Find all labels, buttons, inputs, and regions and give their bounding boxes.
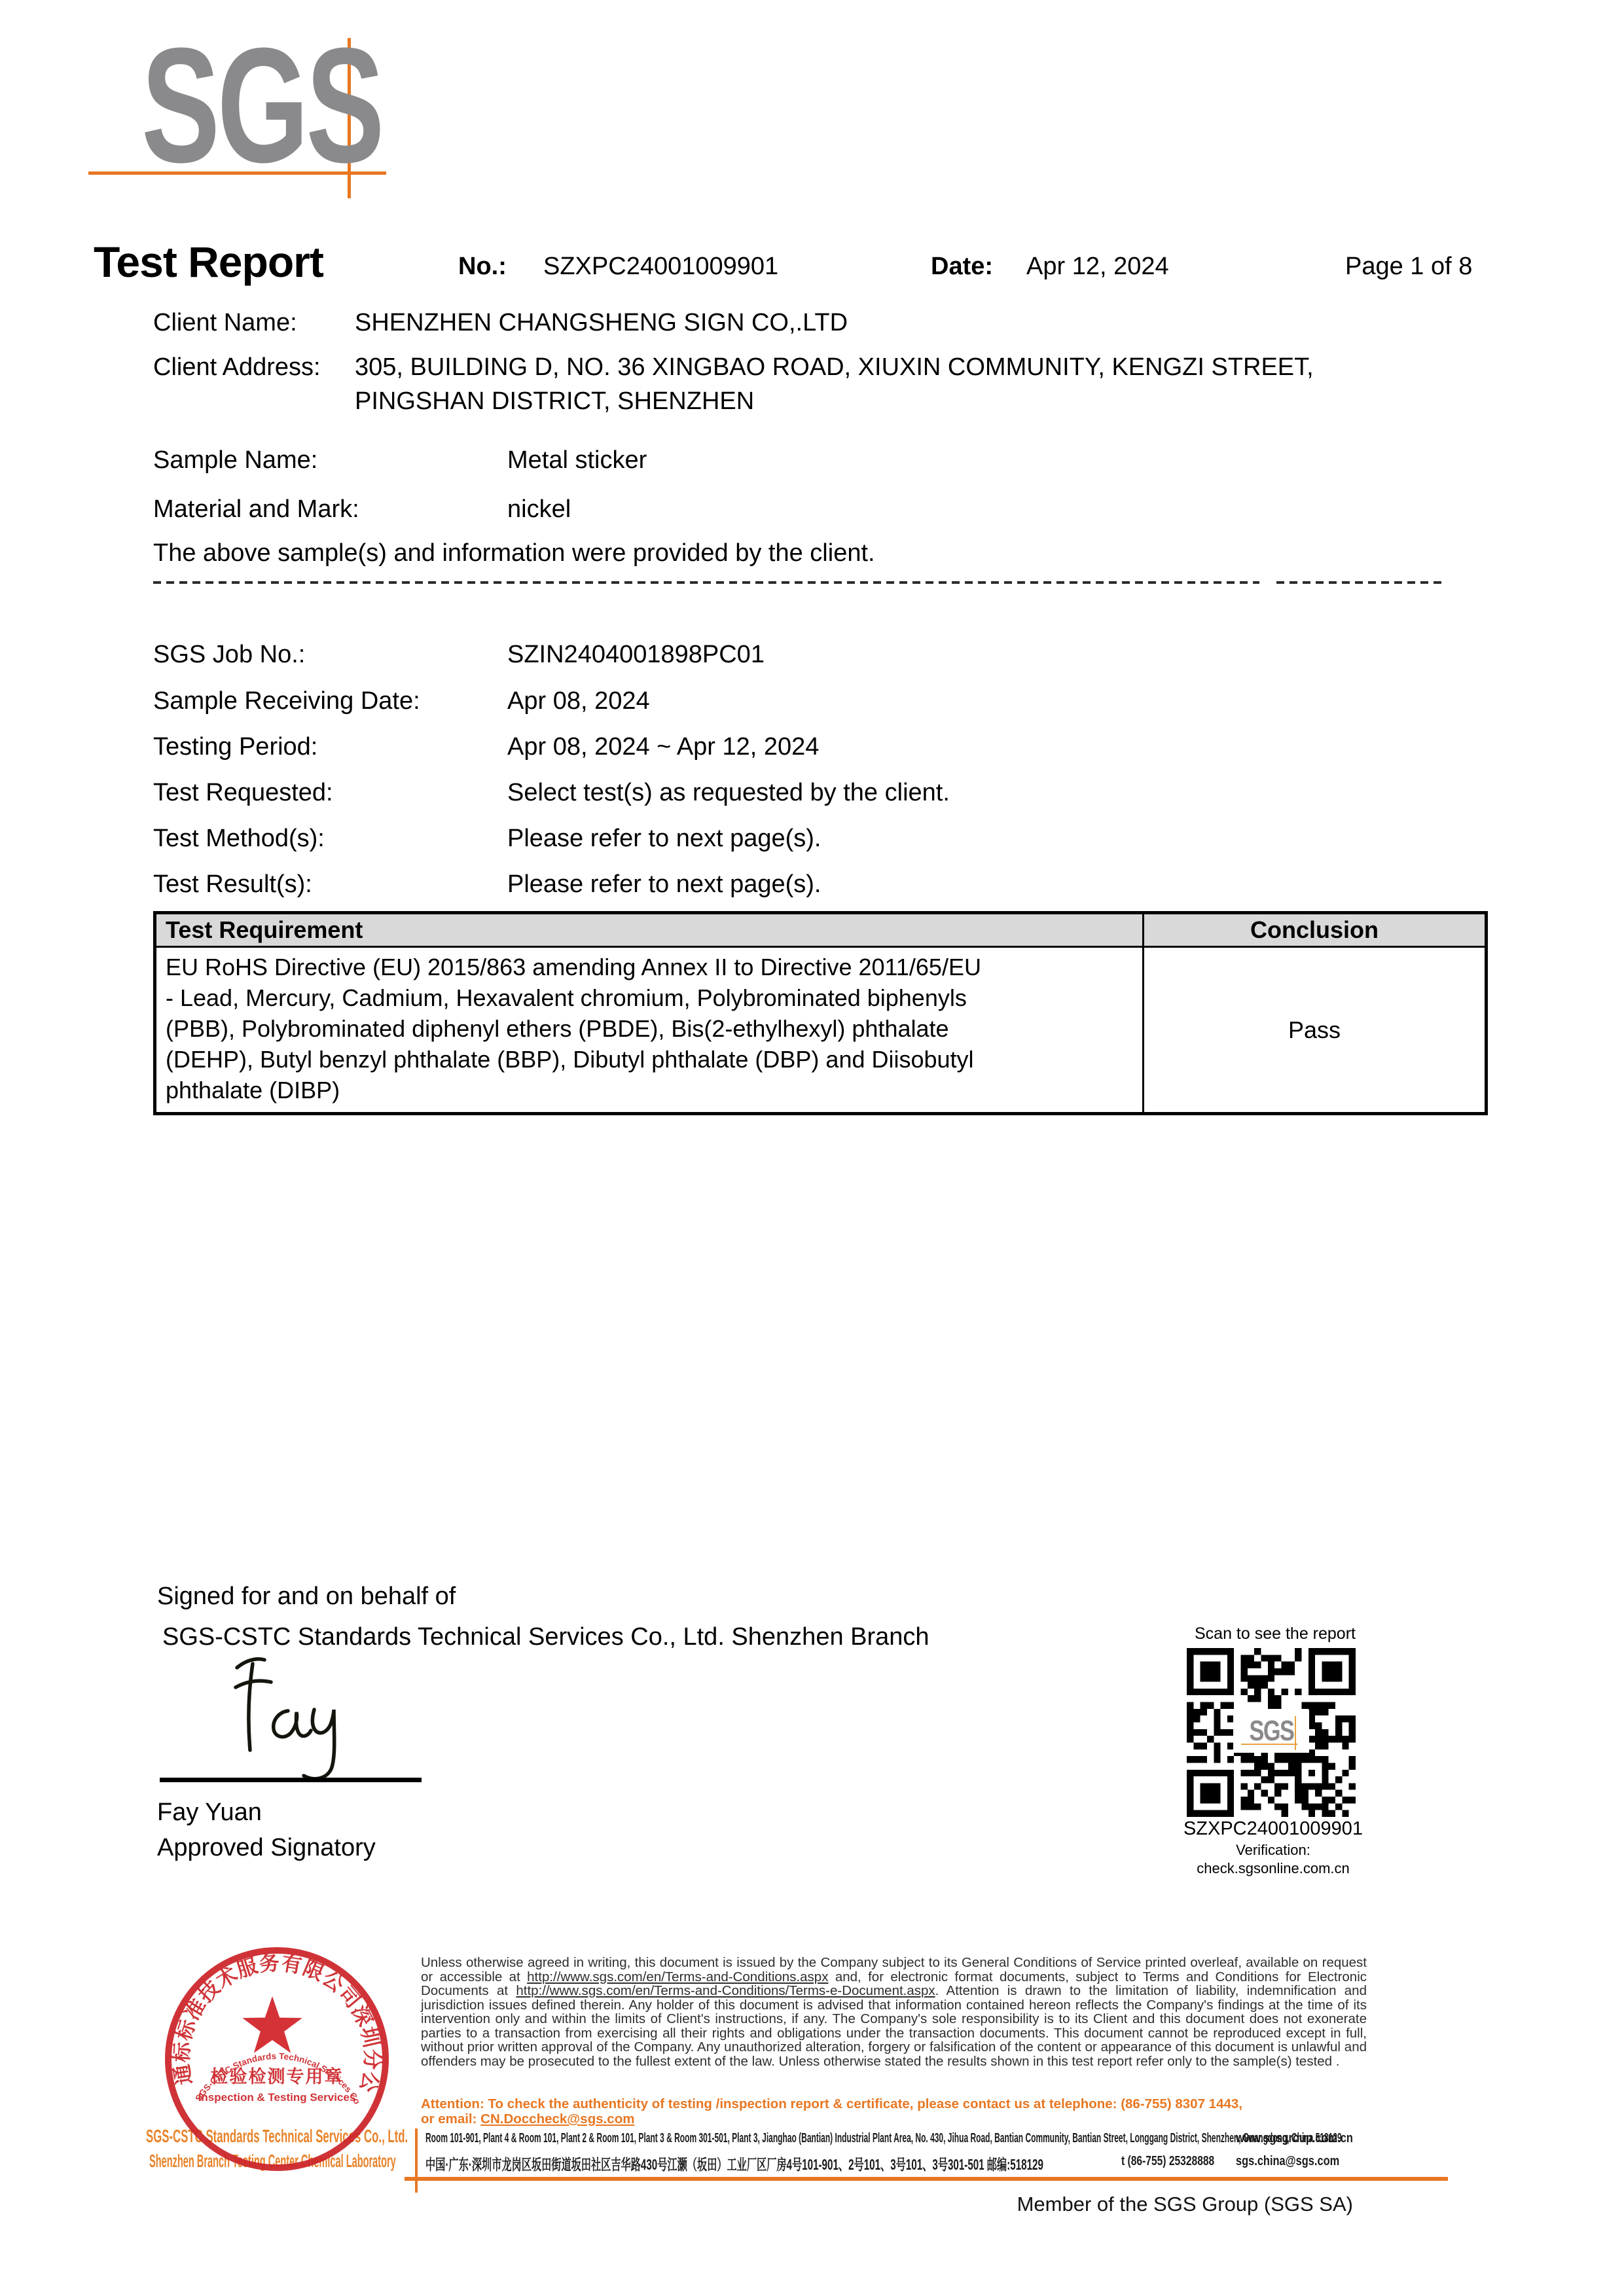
qr-center-badge: SGS [1233, 1710, 1309, 1753]
date-value: Apr 12, 2024 [1026, 253, 1169, 281]
footer-orange-rule [405, 2177, 1448, 2181]
page-number: Page 1 of 8 [1345, 253, 1472, 281]
qr-logo-orange-hline [1241, 1744, 1297, 1745]
address-english: Room 101-901, Plant 4 & Room 101, Plant … [425, 2131, 1342, 2146]
result-table: Test Requirement Conclusion EU RoHS Dire… [153, 911, 1488, 1115]
qr-report-number: SZXPC24001009901 [1162, 1818, 1384, 1840]
signature-company: SGS-CSTC Standards Technical Services Co… [162, 1623, 929, 1651]
signatory-role: Approved Signatory [157, 1834, 376, 1862]
testing-period-value: Apr 08, 2024 ~ Apr 12, 2024 [507, 733, 819, 761]
report-no-label: No.: [458, 253, 507, 281]
stamp-cn-line: 检验检测专用章 [211, 2066, 344, 2087]
dashed-separator-end [1276, 581, 1447, 584]
website-url[interactable]: www.sgsgroup.com.cn [1236, 2131, 1353, 2146]
col-conclusion: Conclusion [1144, 913, 1487, 947]
requirement-cell: EU RoHS Directive (EU) 2015/863 amending… [155, 947, 1144, 1114]
receiving-date-value: Apr 08, 2024 [507, 687, 650, 715]
date-label: Date: [931, 253, 993, 281]
dashed-separator [153, 581, 1259, 584]
test-report-page: SGS Test Report No.: SZXPC24001009901 Da… [0, 0, 1624, 2296]
job-no-value: SZIN2404001898PC01 [507, 641, 765, 669]
verification-url[interactable]: check.sgsonline.com.cn [1162, 1860, 1384, 1877]
client-name-label: Client Name: [153, 309, 297, 337]
sample-name-label: Sample Name: [153, 446, 317, 475]
test-result-value: Please refer to next page(s). [507, 870, 821, 899]
report-no-value: SZXPC24001009901 [543, 253, 778, 281]
signatory-name: Fay Yuan [157, 1799, 262, 1827]
test-requested-label: Test Requested: [153, 779, 333, 807]
sgs-logo: SGS [141, 24, 382, 187]
job-no-label: SGS Job No.: [153, 641, 305, 669]
col-test-requirement: Test Requirement [155, 913, 1144, 947]
testing-period-label: Testing Period: [153, 733, 317, 761]
handwritten-signature [230, 1651, 342, 1782]
stamp-star [242, 1996, 302, 2053]
test-method-label: Test Method(s): [153, 825, 325, 853]
receiving-date-label: Sample Receiving Date: [153, 687, 420, 715]
address-chinese: 中国·广东·深圳市龙岗区坂田街道坂田社区吉华路430号江灏（坂田）工业厂区厂房4… [425, 2153, 1043, 2174]
signature-line [160, 1778, 422, 1782]
test-requested-value: Select test(s) as requested by the clien… [507, 779, 950, 807]
client-address-label: Client Address: [153, 353, 321, 382]
telephone: t (86-755) 25328888 [1121, 2154, 1214, 2169]
attention-notice: Attention: To check the authenticity of … [421, 2096, 1377, 2126]
page-title: Test Report [94, 237, 323, 287]
table-header-row: Test Requirement Conclusion [155, 913, 1487, 947]
material-label: Material and Mark: [153, 495, 359, 524]
verification-label: Verification: [1162, 1842, 1384, 1859]
stamp-en-line: Inspection & Testing Services [198, 2091, 356, 2104]
sample-note: The above sample(s) and information were… [153, 539, 875, 567]
material-value: nickel [507, 495, 571, 524]
table-row: EU RoHS Directive (EU) 2015/863 amending… [155, 947, 1487, 1114]
company-stamp: 通标标准技术服务有限公司深圳分公司 SGS-CSTC Standards Tec… [144, 1928, 410, 2194]
test-result-label: Test Result(s): [153, 870, 312, 899]
address-orange-divider [415, 2128, 418, 2193]
signed-for-text: Signed for and on behalf of [157, 1583, 456, 1611]
attention-line1: Attention: To check the authenticity of … [421, 2096, 1242, 2111]
qr-sgs-logo: SGS [1249, 1715, 1293, 1748]
test-method-value: Please refer to next page(s). [507, 825, 821, 853]
client-address-line2: PINGSHAN DISTRICT, SHENZHEN [355, 387, 754, 416]
contact-email[interactable]: sgs.china@sgs.com [1236, 2154, 1339, 2169]
member-of-sgs-group: Member of the SGS Group (SGS SA) [785, 2193, 1353, 2216]
attention-line2-prefix: or email: [421, 2111, 480, 2126]
legal-terms-paragraph: Unless otherwise agreed in writing, this… [421, 1956, 1367, 2068]
qr-logo-orange-vline [1295, 1716, 1296, 1750]
sample-name-value: Metal sticker [507, 446, 647, 475]
client-name-value: SHENZHEN CHANGSHENG SIGN CO,.LTD [355, 309, 848, 337]
client-address-line1: 305, BUILDING D, NO. 36 XINGBAO ROAD, XI… [355, 353, 1314, 382]
doccheck-email-link[interactable]: CN.Doccheck@sgs.com [480, 2111, 634, 2126]
qr-caption: Scan to see the report [1167, 1624, 1383, 1643]
conclusion-cell: Pass [1144, 947, 1487, 1114]
